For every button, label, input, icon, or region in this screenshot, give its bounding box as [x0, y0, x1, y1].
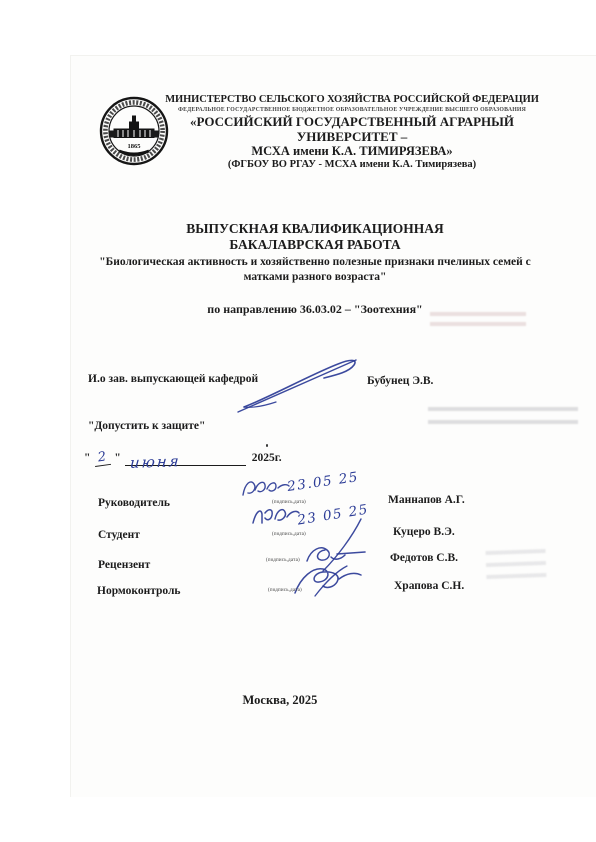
header-block: МИНИСТЕРСТВО СЕЛЬСКОГО ХОЗЯЙСТВА РОССИЙС… [152, 94, 552, 172]
name-supervisor: Маннапов А.Г. [388, 494, 465, 506]
head-role-label: И.о зав. выпускающей кафедрой [88, 373, 258, 385]
title-block: ВЫПУСКНАЯ КВАЛИФИКАЦИОННАЯ БАКАЛАВРСКАЯ … [72, 221, 558, 317]
role-norm-control: Нормоконтроль [97, 585, 181, 597]
bleed-through-artifact [485, 549, 546, 581]
name-norm-control: Храпова С.Н. [394, 580, 464, 592]
role-student: Студент [98, 529, 140, 541]
role-supervisor: Руководитель [98, 497, 170, 509]
scanned-thesis-title-page: 1865 МИНИСТЕРСТВО СЕЛЬСКОГО ХОЗЯЙСТВА РО… [0, 0, 596, 842]
seal-year: 1865 [128, 143, 142, 150]
signature-caption: (подпись,дата) [272, 532, 306, 537]
handwritten-month: июня [129, 452, 181, 472]
work-type-line2: БАКАЛАВРСКАЯ РАБОТА [72, 237, 558, 253]
signature-head-of-department [236, 350, 371, 412]
signature-caption: (подпись,дата) [268, 588, 302, 593]
handwritten-day: 2 [93, 449, 111, 467]
ink-speck [266, 444, 268, 447]
date-year: 2025г. [252, 452, 282, 464]
date-underline: июня [125, 450, 246, 466]
city-year-line: Москва, 2025 [70, 693, 490, 708]
thesis-title-line2: матками разного возраста" [72, 270, 558, 284]
thesis-title-line1: "Биологическая активность и хозяйственно… [72, 255, 558, 270]
bleed-through-artifact [428, 407, 578, 431]
institution-type-line: ФЕДЕРАЛЬНОЕ ГОСУДАРСТВЕННОЕ БЮДЖЕТНОЕ ОБ… [152, 106, 552, 114]
work-type-line1: ВЫПУСКНАЯ КВАЛИФИКАЦИОННАЯ [72, 221, 558, 237]
role-reviewer: Рецензент [98, 559, 150, 571]
admit-phrase: "Допустить к защите" [88, 420, 205, 432]
university-name-line2: УНИВЕРСИТЕТ – [152, 129, 552, 144]
quote-open: " [84, 452, 90, 464]
signature-supervisor [241, 477, 291, 499]
name-reviewer: Федотов С.В. [390, 552, 458, 564]
defense-date-line: " 2 " июня 2025г. [84, 448, 282, 466]
ministry-line: МИНИСТЕРСТВО СЕЛЬСКОГО ХОЗЯЙСТВА РОССИЙС… [152, 94, 552, 106]
name-student: Куцеро В.Э. [393, 526, 455, 538]
university-abbreviation: (ФГБОУ ВО РГАУ - МСХА имени К.А. Тимиряз… [152, 158, 552, 172]
quote-close: " [114, 452, 120, 464]
bleed-through-artifact [430, 312, 526, 329]
university-name-line1: «РОССИЙСКИЙ ГОСУДАРСТВЕННЫЙ АГРАРНЫЙ [152, 114, 552, 129]
university-name-line3: МСХА имени К.А. ТИМИРЯЗЕВА» [152, 144, 552, 158]
head-name: Бубунец Э.В. [367, 375, 433, 387]
